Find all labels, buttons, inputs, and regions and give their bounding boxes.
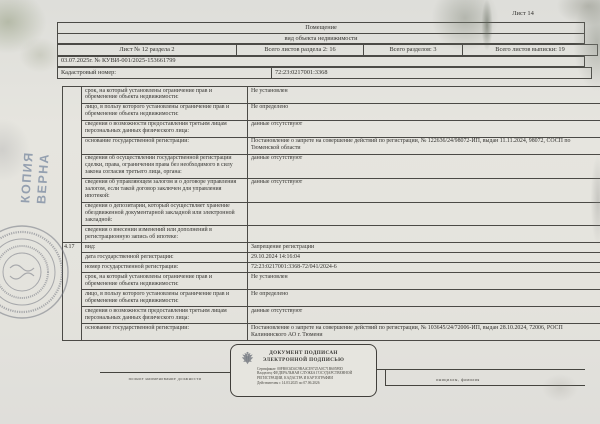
table-row: лицо, в пользу которого установлены огра…	[63, 103, 600, 120]
table-row: 4.17вид:Запрещение регистрации	[63, 243, 600, 253]
table-row: номер государственной регистрации:72:23:…	[63, 263, 600, 273]
field-value: Не определено	[248, 103, 600, 120]
table-row: лицо, в пользу которого установлены огра…	[63, 290, 600, 307]
sheet-info-table: Лист № 12 раздела 2 Всего листов раздела…	[57, 44, 598, 56]
field-value: данные отсутствуют	[248, 154, 600, 178]
field-label: лицо, в пользу которого установлены огра…	[82, 103, 248, 120]
field-value: Не установлен	[248, 87, 600, 104]
sheet-info-cell: Всего листов раздела 2: 16	[237, 45, 364, 56]
field-label: сведения о возможности предоставления тр…	[82, 307, 248, 324]
coat-of-arms-icon	[240, 351, 255, 368]
copy-verna-stamp: КОПИЯ ВЕРНА	[17, 127, 60, 229]
cadastral-value: 72:23:0217001:3368	[272, 68, 592, 79]
table-row: сведения об управляющем залогом и о дого…	[63, 178, 600, 202]
table-row: срок, на который установлены ограничение…	[63, 87, 600, 104]
round-seal-stamp	[0, 222, 72, 322]
restrictions-table: срок, на который установлены ограничение…	[62, 86, 585, 341]
field-label: основание государственной регистрации:	[82, 324, 248, 341]
row-number-cell	[63, 87, 82, 243]
field-label: сведения о внесении изменений или дополн…	[82, 226, 248, 243]
table-row: сведения о возможности предоставления тр…	[63, 307, 600, 324]
table-row: сведения об осуществлении государственно…	[63, 154, 600, 178]
field-label: сведения о депозитарии, который осуществ…	[82, 202, 248, 226]
object-type: Помещение	[58, 23, 585, 34]
field-label: номер государственной регистрации:	[82, 263, 248, 273]
details-table-body: срок, на который установлены ограничение…	[63, 87, 600, 341]
field-value: Постановление о запрете на совершение де…	[248, 324, 600, 341]
table-row: сведения о депозитарии, который осуществ…	[63, 202, 600, 226]
field-label: сведения об управляющем залогом и о дого…	[82, 178, 248, 202]
sheet-info-cell: Лист № 12 раздела 2	[58, 45, 237, 56]
extract-number-table: 03.07.2025г. № КУВИ-001/2025-153661799	[57, 56, 585, 68]
field-label: срок, на который установлены ограничение…	[82, 273, 248, 290]
position-caption: полное наименование должности	[96, 376, 234, 381]
field-value: Постановление о запрете на совершение де…	[248, 137, 600, 154]
field-value: Не установлен	[248, 273, 600, 290]
field-label: сведения об осуществлении государственно…	[82, 154, 248, 178]
name-underline	[385, 385, 585, 386]
table-row: основание государственной регистрации:По…	[63, 324, 600, 341]
table-row: сведения о внесении изменений или дополн…	[63, 226, 600, 243]
field-value: 72:23:0217001:3368-72/041/2024-6	[248, 263, 600, 273]
field-value: 29.10.2024 14:16:04	[248, 253, 600, 263]
document-header: Помещение вид объекта недвижимости Лист …	[57, 22, 585, 79]
name-caption: инициалы, фамилия	[398, 377, 518, 382]
esignature-stamp: ДОКУМЕНТ ПОДПИСАН ЭЛЕКТРОННОЙ ПОДПИСЬЮ С…	[230, 344, 377, 397]
field-label: дата государственной регистрации:	[82, 253, 248, 263]
sheet-info-cell: Всего листов выписки: 19	[463, 45, 598, 56]
object-type-caption: вид объекта недвижимости	[58, 33, 585, 44]
field-value: данные отсутствуют	[248, 307, 600, 324]
field-value: данные отсутствуют	[248, 120, 600, 137]
table-row: срок, на который установлены ограничение…	[63, 273, 600, 290]
field-value: Не определено	[248, 290, 600, 307]
position-signature-line	[100, 372, 230, 373]
cadastral-label: Кадастровый номер:	[58, 68, 272, 79]
field-label: сведения о возможности предоставления тр…	[82, 120, 248, 137]
table-row: дата государственной регистрации:29.10.2…	[63, 253, 600, 263]
field-value	[248, 202, 600, 226]
table-row: сведения о возможности предоставления тр…	[63, 120, 600, 137]
field-label: срок, на который установлены ограничение…	[82, 87, 248, 104]
name-signature-line	[377, 369, 585, 370]
field-value: Запрещение регистрации	[248, 243, 600, 253]
object-type-table: Помещение вид объекта недвижимости	[57, 22, 585, 44]
field-label: лицо, в пользу которого установлены огра…	[82, 290, 248, 307]
cadastral-table: Кадастровый номер: 72:23:0217001:3368	[57, 67, 592, 79]
scanned-document-page: Лист 14 Помещение вид объекта недвижимос…	[0, 0, 600, 424]
sheet-info-cell: Всего разделов: 3	[364, 45, 463, 56]
field-value: данные отсутствуют	[248, 178, 600, 202]
extract-date-number: 03.07.2025г. № КУВИ-001/2025-153661799	[58, 56, 585, 67]
sheet-number: Лист 14	[498, 10, 548, 17]
field-label: вид:	[82, 243, 248, 253]
table-row: основание государственной регистрации:По…	[63, 137, 600, 154]
signature-divider-line	[385, 369, 386, 385]
field-value	[248, 226, 600, 243]
esign-validity: Действителен с 14.03.2025 по 07.06.2026	[257, 381, 370, 386]
field-label: основание государственной регистрации:	[82, 137, 248, 154]
